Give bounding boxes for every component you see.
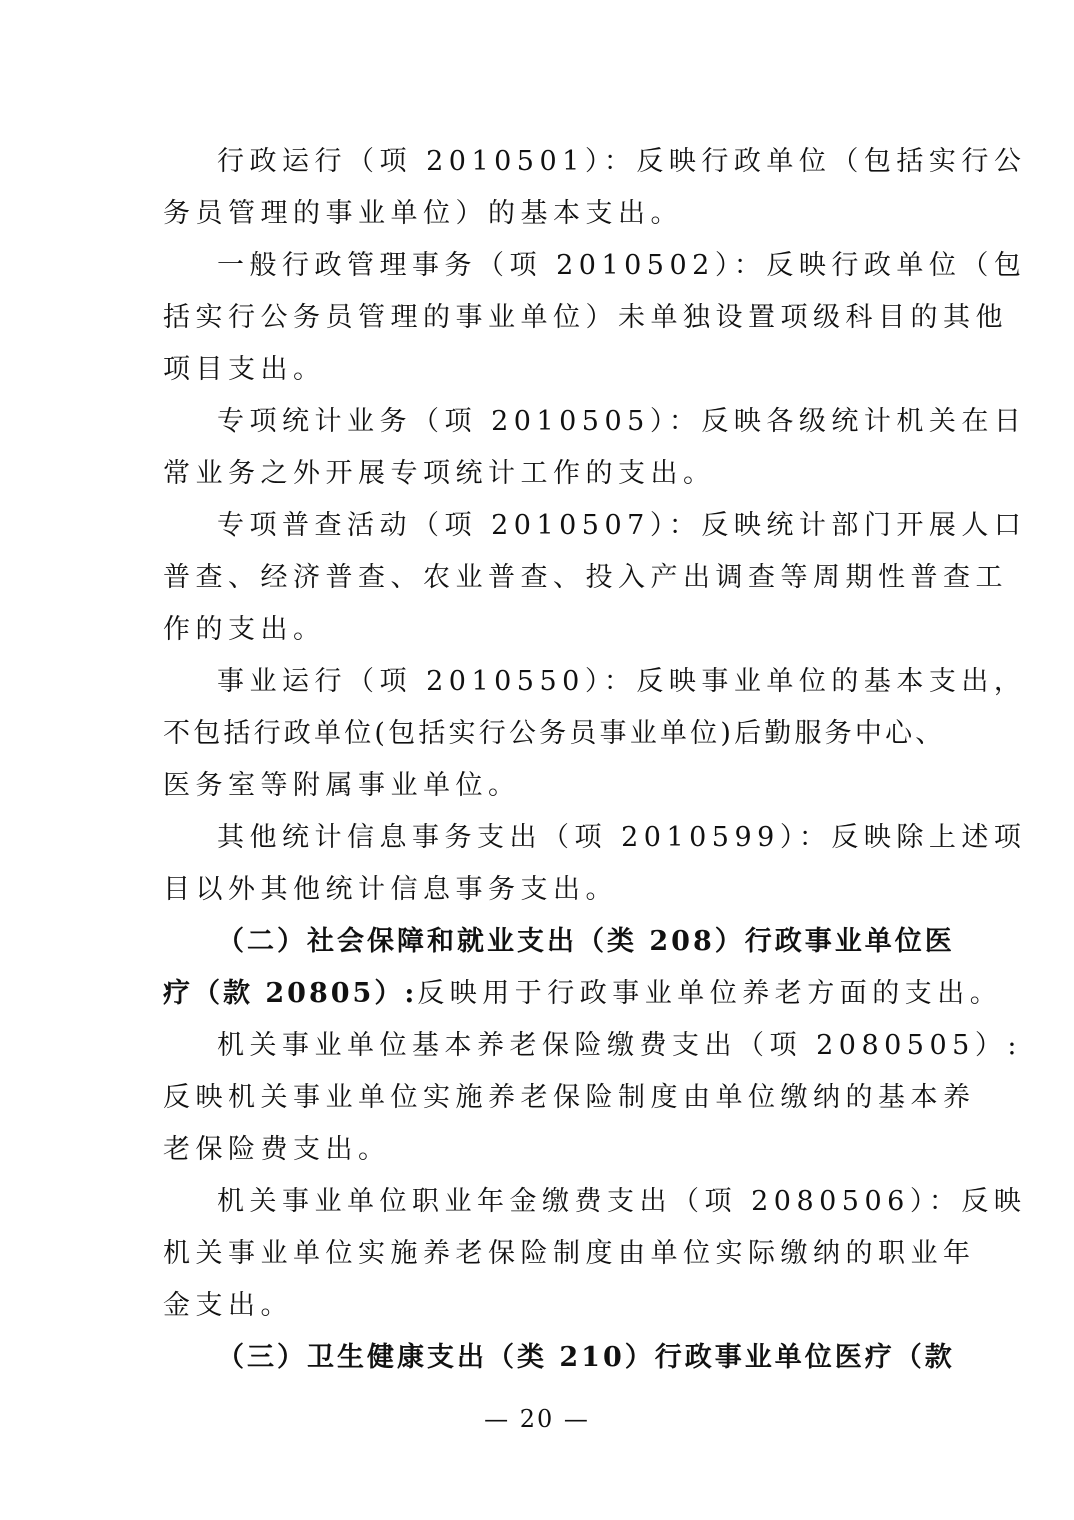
paragraph-line: 机关事业单位实施养老保险制度由单位实际缴纳的职业年 bbox=[163, 1228, 976, 1280]
paragraph-line: 目以外其他统计信息事务支出。 bbox=[163, 864, 618, 916]
paragraph-line: 专项统计业务（项 2010505）：反映各级统计机关在日 bbox=[217, 396, 1026, 448]
paragraph-line: 事业运行（项 2010550）：反映事业单位的基本支出， bbox=[217, 656, 1026, 708]
section-heading: （二）社会保障和就业支出（类 208）行政事业单位医 bbox=[217, 916, 955, 968]
paragraph-line: 医务室等附属事业单位。 bbox=[163, 760, 521, 812]
paragraph-line: 机关事业单位职业年金缴费支出（项 2080506）：反映 bbox=[217, 1176, 1026, 1228]
paragraph-line: 常业务之外开展专项统计工作的支出。 bbox=[163, 448, 716, 500]
paragraph-line: 反映机关事业单位实施养老保险制度由单位缴纳的基本养 bbox=[163, 1072, 976, 1124]
paragraph-line: 项目支出。 bbox=[163, 344, 326, 396]
paragraph-line: 作的支出。 bbox=[163, 604, 326, 656]
section-heading-continuation: 疗（款 20805）: bbox=[163, 978, 417, 1009]
paragraph-line: 金支出。 bbox=[163, 1280, 293, 1332]
paragraph-line: 普查、经济普查、农业普查、投入产出调查等周期性普查工 bbox=[163, 552, 1008, 604]
paragraph-text: 反映用于行政事业单位养老方面的支出。 bbox=[417, 978, 1002, 1009]
paragraph-line: 括实行公务员管理的事业单位）未单独设置项级科目的其他 bbox=[163, 292, 1008, 344]
paragraph-line: 疗（款 20805）:反映用于行政事业单位养老方面的支出。 bbox=[163, 968, 1002, 1020]
paragraph-line: 专项普查活动（项 2010507）：反映统计部门开展人口 bbox=[217, 500, 1026, 552]
paragraph-line: 不包括行政单位(包括实行公务员事业单位)后勤服务中心、 bbox=[163, 708, 945, 760]
section-heading: （三）卫生健康支出（类 210）行政事业单位医疗（款 bbox=[217, 1332, 955, 1384]
page-number: — 20 — bbox=[0, 1405, 1074, 1433]
paragraph-line: 一般行政管理事务（项 2010502）：反映行政单位（包 bbox=[217, 240, 1026, 292]
paragraph-line: 其他统计信息事务支出（项 2010599）：反映除上述项 bbox=[217, 812, 1026, 864]
paragraph-line: 务员管理的事业单位）的基本支出。 bbox=[163, 188, 683, 240]
paragraph-line: 机关事业单位基本养老保险缴费支出（项 2080505）: bbox=[217, 1020, 1022, 1072]
paragraph-line: 老保险费支出。 bbox=[163, 1124, 391, 1176]
paragraph-line: 行政运行（项 2010501）：反映行政单位（包括实行公 bbox=[217, 136, 1026, 188]
